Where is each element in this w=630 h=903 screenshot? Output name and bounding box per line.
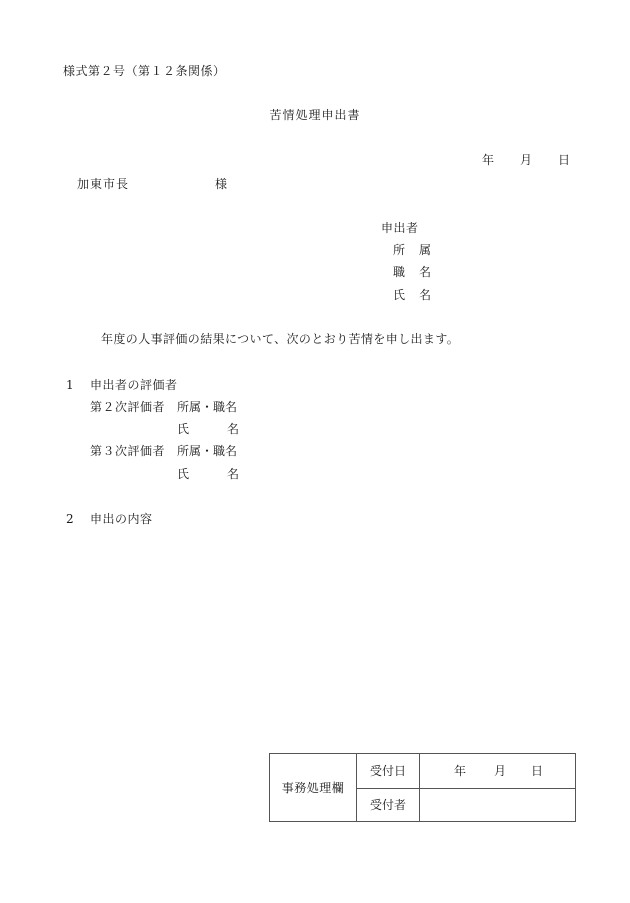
date-year-label: 年 [454, 765, 466, 777]
evaluator-2-affiliation-field[interactable]: 所属・職名 [177, 401, 237, 413]
received-date-value: 年 月 日 [420, 754, 575, 789]
addressee: 加東市長 [77, 178, 129, 190]
date-year-label: 年 [482, 154, 494, 166]
applicant-name-field[interactable]: 氏名 [393, 289, 431, 301]
date-month-label: 月 [520, 154, 532, 166]
evaluator-2-label: 第２次評価者 [90, 401, 165, 413]
body-text: 年度の人事評価の結果について、次のとおり苦情を申し出ます。 [101, 333, 459, 345]
received-by-field[interactable] [420, 789, 575, 821]
evaluator-3-name-field[interactable]: 氏 名 [177, 468, 239, 480]
applicant-position-field[interactable]: 職名 [393, 266, 431, 278]
applicant-label: 申出者 [381, 222, 419, 234]
field-label-char: 職 [393, 266, 419, 278]
received-by-value [420, 789, 575, 821]
document-title: 苦情処理申出書 [0, 109, 630, 121]
evaluator-3-affiliation-field[interactable]: 所属・職名 [177, 445, 237, 457]
field-label-char: 名 [419, 265, 431, 279]
received-by-label: 受付者 [357, 789, 420, 821]
section2-number: 2 [66, 513, 74, 525]
received-date-field[interactable]: 年 月 日 [420, 754, 575, 789]
field-label-char: 氏 [177, 423, 189, 435]
section2-title: 申出の内容 [90, 513, 153, 525]
honorific: 様 [215, 178, 227, 190]
field-label-char: 属 [419, 243, 431, 257]
office-use-table: 事務処理欄 受付日 受付者 年 月 日 [269, 753, 576, 822]
form-number: 様式第２号（第１２条関係） [63, 65, 226, 77]
field-label-char: 氏 [393, 289, 419, 301]
field-label-char: 名 [227, 468, 239, 480]
evaluator-2-name-field[interactable]: 氏 名 [177, 423, 239, 435]
received-date-label: 受付日 [357, 754, 420, 789]
date-day-label: 日 [531, 765, 543, 777]
section1-title: 申出者の評価者 [90, 379, 178, 391]
office-use-header: 事務処理欄 [270, 754, 357, 821]
field-label-char: 所 [393, 244, 419, 256]
field-label-char: 名 [419, 288, 431, 302]
field-label-char: 氏 [177, 468, 189, 480]
date-month-label: 月 [494, 765, 506, 777]
applicant-affiliation-field[interactable]: 所属 [393, 244, 431, 256]
evaluator-3-label: 第３次評価者 [90, 445, 165, 457]
date-day-label: 日 [558, 154, 570, 166]
field-label-char: 名 [227, 423, 239, 435]
section1-number: 1 [66, 379, 74, 391]
